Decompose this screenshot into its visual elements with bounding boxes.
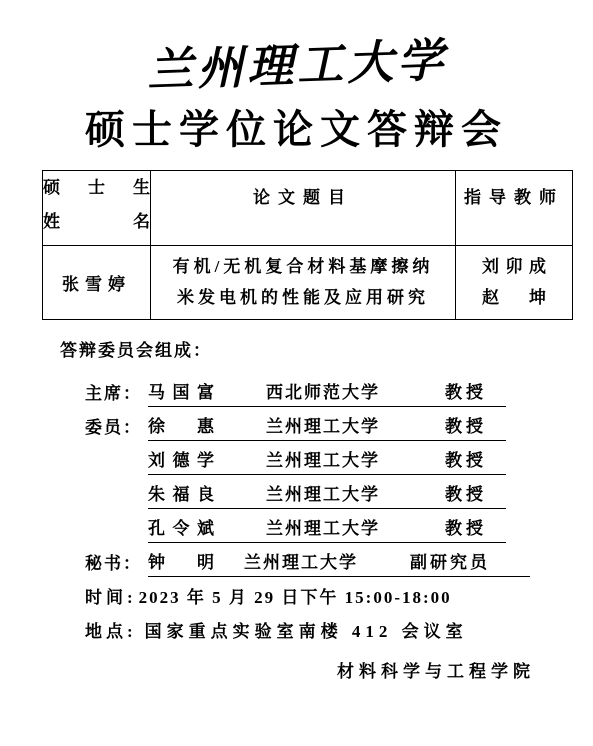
time-value: 2023 年 5 月 29 日下午 15:00-18:00 <box>139 583 452 611</box>
location-value: 国家重点实验室南楼 412 会议室 <box>145 617 468 645</box>
committee-member-title: 教授 <box>445 446 487 471</box>
committee-row-member: 朱福良 兰州理工大学 教授 <box>85 475 593 509</box>
committee-role-label: 委员： <box>85 413 148 441</box>
university-calligraphy-logo: 兰州理工大学 <box>0 0 593 106</box>
committee-member-title: 教授 <box>445 378 487 403</box>
committee-section-heading: 答辩委员会组成： <box>60 336 593 361</box>
committee-entry-underline: 刘德学 兰州理工大学 教授 <box>148 446 506 475</box>
committee-member-title: 教授 <box>445 514 487 539</box>
document-title: 硕士学位论文答辩会 <box>0 106 593 154</box>
committee-row-member: 刘德学 兰州理工大学 教授 <box>85 441 593 475</box>
cell-thesis-title: 有机/无机复合材料基摩擦纳 米发电机的性能及应用研究 <box>151 245 456 319</box>
committee-entry-underline: 朱福良 兰州理工大学 教授 <box>148 480 506 509</box>
secretary-affiliation: 兰州理工大学 <box>244 548 410 573</box>
committee-member-name: 马国富 <box>148 378 214 403</box>
committee-member-affiliation: 兰州理工大学 <box>266 480 445 505</box>
committee-member-affiliation: 西北师范大学 <box>266 378 445 403</box>
committee-member-name: 孔令斌 <box>148 514 214 539</box>
committee-role-label <box>85 506 148 509</box>
committee-member-title: 教授 <box>445 480 487 505</box>
committee-member-affiliation: 兰州理工大学 <box>266 412 445 437</box>
time-row: 时间: 2023 年 5 月 29 日下午 15:00-18:00 <box>85 577 593 611</box>
committee-member-affiliation: 兰州理工大学 <box>266 514 445 539</box>
table-header-row: 硕士生 姓名 论文题目 指导教师 <box>43 170 573 245</box>
time-label: 时间: <box>85 583 137 611</box>
committee-member-name: 刘德学 <box>148 446 214 471</box>
committee-entry-underline: 马国富 西北师范大学 教授 <box>148 378 506 407</box>
committee-list: 主席： 马国富 西北师范大学 教授 委员： 徐惠 兰州理工大学 教授 刘德学 兰… <box>85 373 593 577</box>
secretary-title: 副研究员 <box>410 548 490 573</box>
committee-row-member: 委员： 徐惠 兰州理工大学 教授 <box>85 407 593 441</box>
secretary-entry-underline: 钟明 兰州理工大学 副研究员 <box>148 548 530 577</box>
committee-member-name: 朱福良 <box>148 480 214 505</box>
thesis-title-line1: 有机/无机复合材料基摩擦纳 <box>151 251 455 282</box>
committee-member-affiliation: 兰州理工大学 <box>266 446 445 471</box>
committee-role-label <box>85 540 148 543</box>
student-header-line2: 姓名 <box>43 205 150 239</box>
issuing-department-signature: 材料科学与工程学院 <box>0 657 535 682</box>
header-cell-thesis-title: 论文题目 <box>151 170 456 245</box>
table-data-row: 张雪婷 有机/无机复合材料基摩擦纳 米发电机的性能及应用研究 刘卯成 赵坤 <box>43 245 573 319</box>
defense-info-table: 硕士生 姓名 论文题目 指导教师 张雪婷 有机/无机复合材料基摩擦纳 米发电机的… <box>42 170 573 320</box>
committee-entry-underline: 徐惠 兰州理工大学 教授 <box>148 412 506 441</box>
student-header-line1: 硕士生 <box>43 171 150 205</box>
committee-row-secretary: 秘书： 钟明 兰州理工大学 副研究员 <box>85 543 593 577</box>
committee-row-chair: 主席： 马国富 西北师范大学 教授 <box>85 373 593 407</box>
committee-member-title: 教授 <box>445 412 487 437</box>
committee-member-name: 徐惠 <box>148 412 214 437</box>
secretary-name: 钟明 <box>148 548 214 573</box>
header-cell-student-name: 硕士生 姓名 <box>43 170 151 245</box>
advisor-name-2: 赵坤 <box>482 282 546 313</box>
cell-student-name: 张雪婷 <box>43 245 151 319</box>
secretary-role-label: 秘书： <box>85 549 148 577</box>
committee-role-label <box>85 472 148 475</box>
location-label: 地点: <box>85 617 137 645</box>
document-page: 兰州理工大学 硕士学位论文答辩会 硕士生 姓名 论文题目 指导教师 张雪婷 有机… <box>0 0 593 746</box>
committee-entry-underline: 孔令斌 兰州理工大学 教授 <box>148 514 506 543</box>
location-row: 地点: 国家重点实验室南楼 412 会议室 <box>85 611 593 645</box>
header-cell-advisor: 指导教师 <box>456 170 573 245</box>
cell-advisors: 刘卯成 赵坤 <box>456 245 573 319</box>
committee-role-label: 主席： <box>85 379 148 407</box>
advisor-name-1: 刘卯成 <box>482 251 546 282</box>
committee-row-member: 孔令斌 兰州理工大学 教授 <box>85 509 593 543</box>
thesis-title-line2: 米发电机的性能及应用研究 <box>151 282 455 313</box>
